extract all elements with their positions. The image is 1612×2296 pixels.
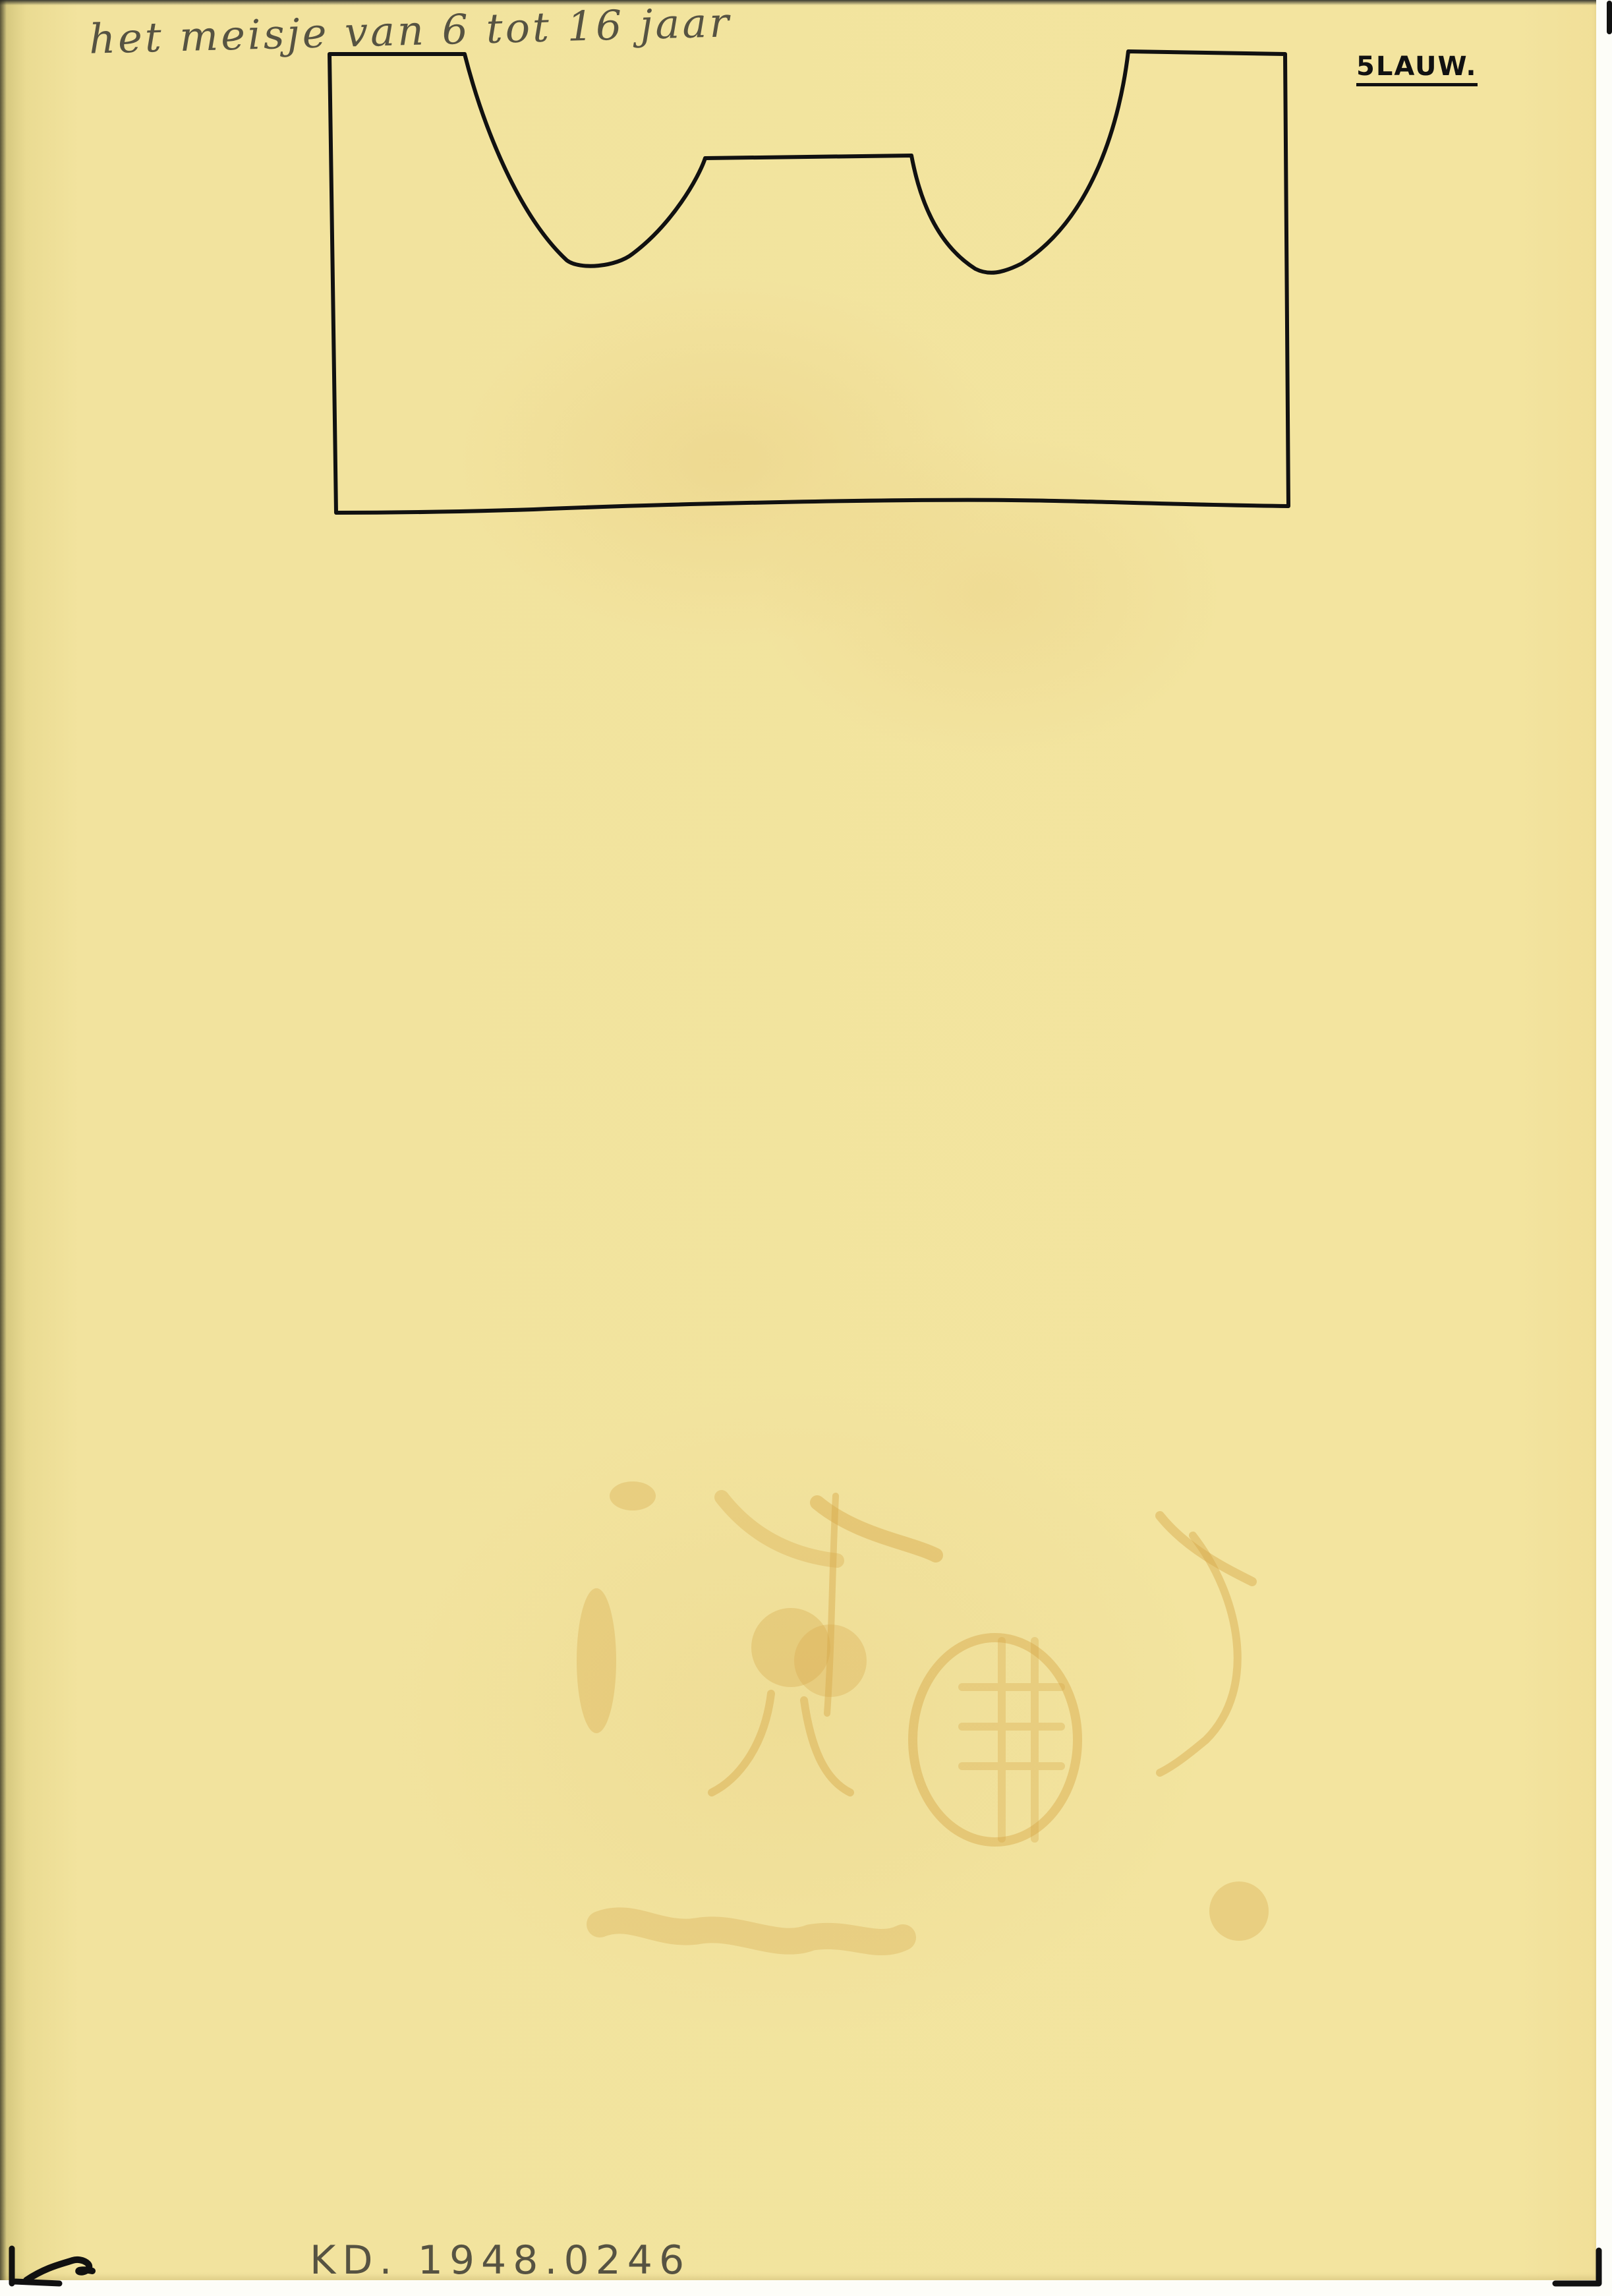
pattern-outline xyxy=(0,0,1612,2296)
crop-mark-bottom-left-scribble xyxy=(26,2260,92,2280)
crop-mark-bottom-right xyxy=(1555,2251,1599,2283)
inventory-number: KD. 1948.0246 xyxy=(310,2237,691,2283)
pattern-label: 5LAUW. xyxy=(1356,51,1478,86)
bodice-outline-path xyxy=(330,51,1288,513)
